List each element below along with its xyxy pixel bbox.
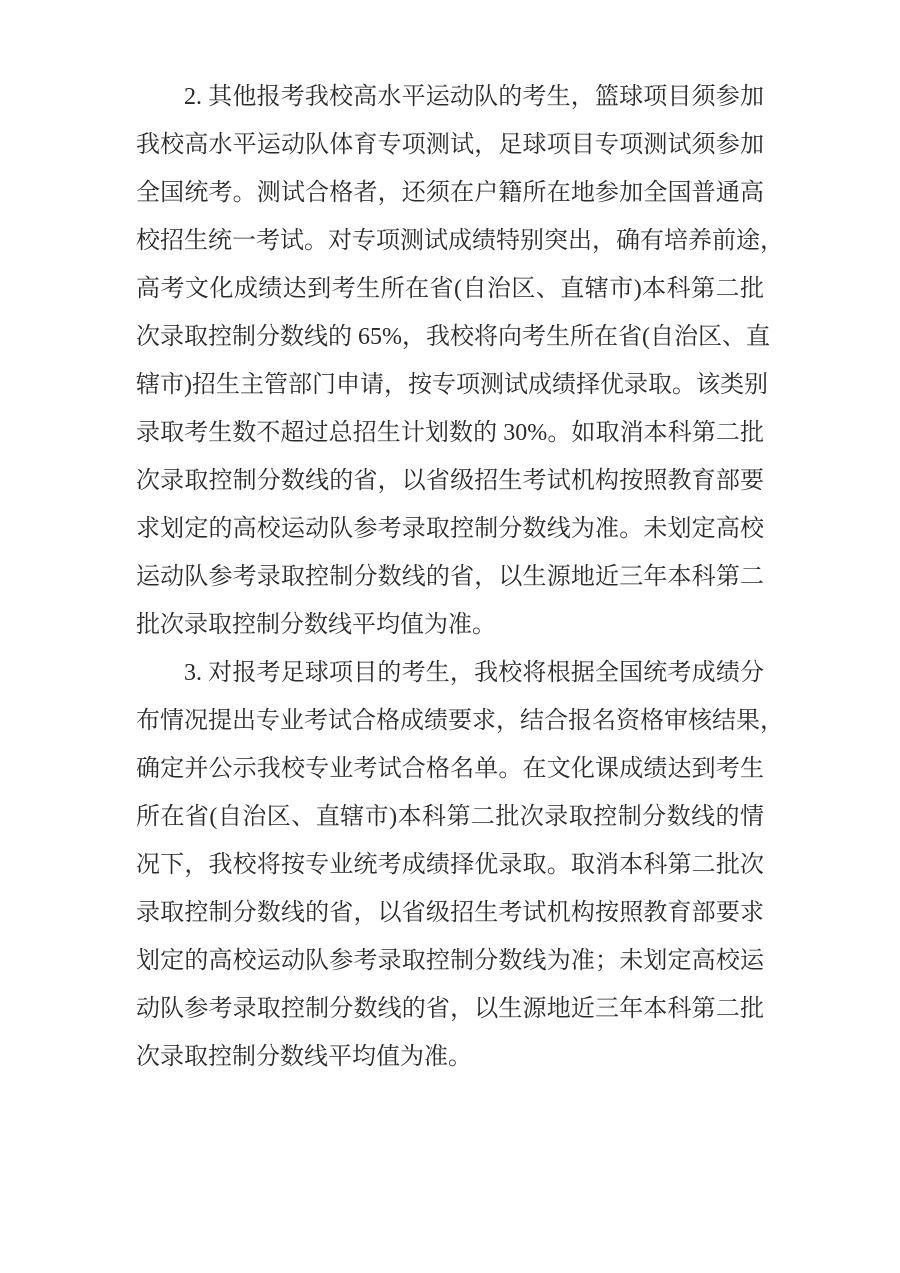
text-line: 所在省(自治区、直辖市)本科第二批次录取控制分数线的情 [136,793,764,841]
text-line: 运动队参考录取控制分数线的省，以生源地近三年本科第二 [136,553,764,601]
document-body: 2. 其他报考我校高水平运动队的考生，篮球项目须参加我校高水平运动队体育专项测试… [136,73,764,1081]
text-line: 3. 对报考足球项目的考生，我校将根据全国统考成绩分 [136,649,764,697]
document-page: 2. 其他报考我校高水平运动队的考生，篮球项目须参加我校高水平运动队体育专项测试… [0,0,900,1273]
paragraph-item-3: 3. 对报考足球项目的考生，我校将根据全国统考成绩分布情况提出专业考试合格成绩要… [136,649,764,1081]
text-line: 次录取控制分数线的省，以省级招生考试机构按照教育部要 [136,457,764,505]
text-line: 录取考生数不超过总招生计划数的 30%。如取消本科第二批 [136,409,764,457]
text-line: 次录取控制分数线平均值为准。 [136,1033,764,1081]
text-line: 次录取控制分数线的 65%，我校将向考生所在省(自治区、直 [136,313,764,361]
text-line: 动队参考录取控制分数线的省，以生源地近三年本科第二批 [136,985,764,1033]
text-line: 录取控制分数线的省，以省级招生考试机构按照教育部要求 [136,889,764,937]
text-line: 批次录取控制分数线平均值为准。 [136,601,764,649]
text-line: 校招生统一考试。对专项测试成绩特别突出，确有培养前途， [136,217,764,265]
text-line: 况下，我校将按专业统考成绩择优录取。取消本科第二批次 [136,841,764,889]
text-line: 我校高水平运动队体育专项测试，足球项目专项测试须参加 [136,121,764,169]
text-line: 确定并公示我校专业考试合格名单。在文化课成绩达到考生 [136,745,764,793]
text-line: 辖市)招生主管部门申请，按专项测试成绩择优录取。该类别 [136,361,764,409]
text-line: 布情况提出专业考试合格成绩要求，结合报名资格审核结果， [136,697,764,745]
text-line: 划定的高校运动队参考录取控制分数线为准；未划定高校运 [136,937,764,985]
text-line: 求划定的高校运动队参考录取控制分数线为准。未划定高校 [136,505,764,553]
text-line: 全国统考。测试合格者，还须在户籍所在地参加全国普通高 [136,169,764,217]
paragraph-item-2: 2. 其他报考我校高水平运动队的考生，篮球项目须参加我校高水平运动队体育专项测试… [136,73,764,649]
text-line: 高考文化成绩达到考生所在省(自治区、直辖市)本科第二批 [136,265,764,313]
text-line: 2. 其他报考我校高水平运动队的考生，篮球项目须参加 [136,73,764,121]
